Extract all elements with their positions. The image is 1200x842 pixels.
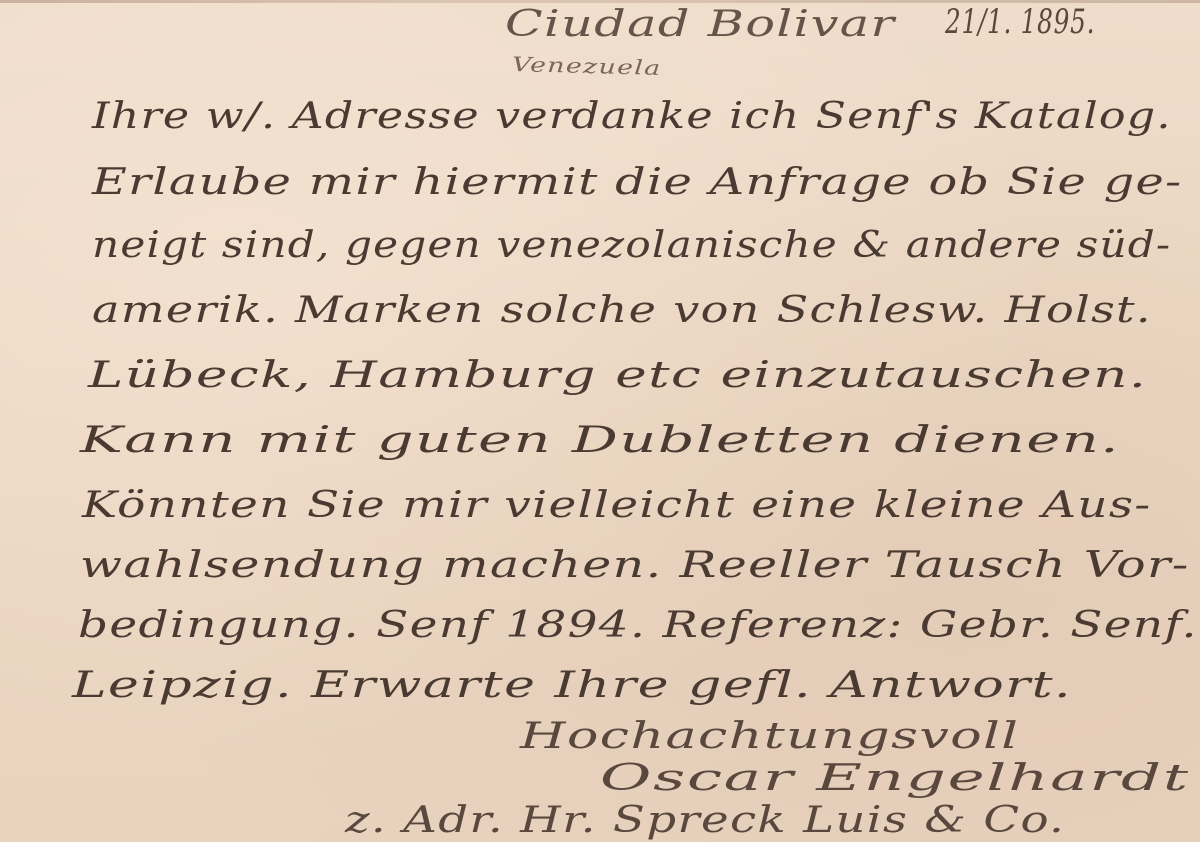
postcard: Ciudad Bolivar 21/1. 1895. Venezuela Ihr…	[0, 0, 1200, 842]
return-address: z. Adr. Hr. Spreck Luis & Co.	[345, 800, 1065, 841]
signature: Oscar Engelhardt	[600, 758, 1190, 799]
body-line: wahlsendung machen. Reeller Tausch Vor-	[80, 545, 1190, 586]
body-line: Kann mit guten Dubletten dienen.	[80, 420, 1120, 461]
body-line: Könnten Sie mir vielleicht eine kleine A…	[82, 485, 1151, 526]
body-line: Ihre w/. Adresse verdanke ich Senf's Kat…	[92, 96, 1172, 137]
body-line: neigt sind, gegen venezolanische & ander…	[92, 225, 1171, 266]
body-line: Leipzig. Erwarte Ihre gefl. Antwort.	[72, 665, 1072, 706]
body-line: amerik. Marken solche von Schlesw. Holst…	[92, 290, 1152, 331]
header-place: Ciudad Bolivar	[505, 4, 895, 45]
body-line: bedingung. Senf 1894. Referenz: Gebr. Se…	[78, 605, 1198, 646]
closing: Hochachtungsvoll	[520, 716, 1019, 757]
header-date: 21/1. 1895.	[945, 2, 1095, 42]
body-line: Erlaube mir hiermit die Anfrage ob Sie g…	[92, 162, 1183, 203]
header-country: Venezuela	[511, 52, 662, 80]
body-line: Lübeck, Hamburg etc einzutauschen.	[88, 355, 1147, 396]
